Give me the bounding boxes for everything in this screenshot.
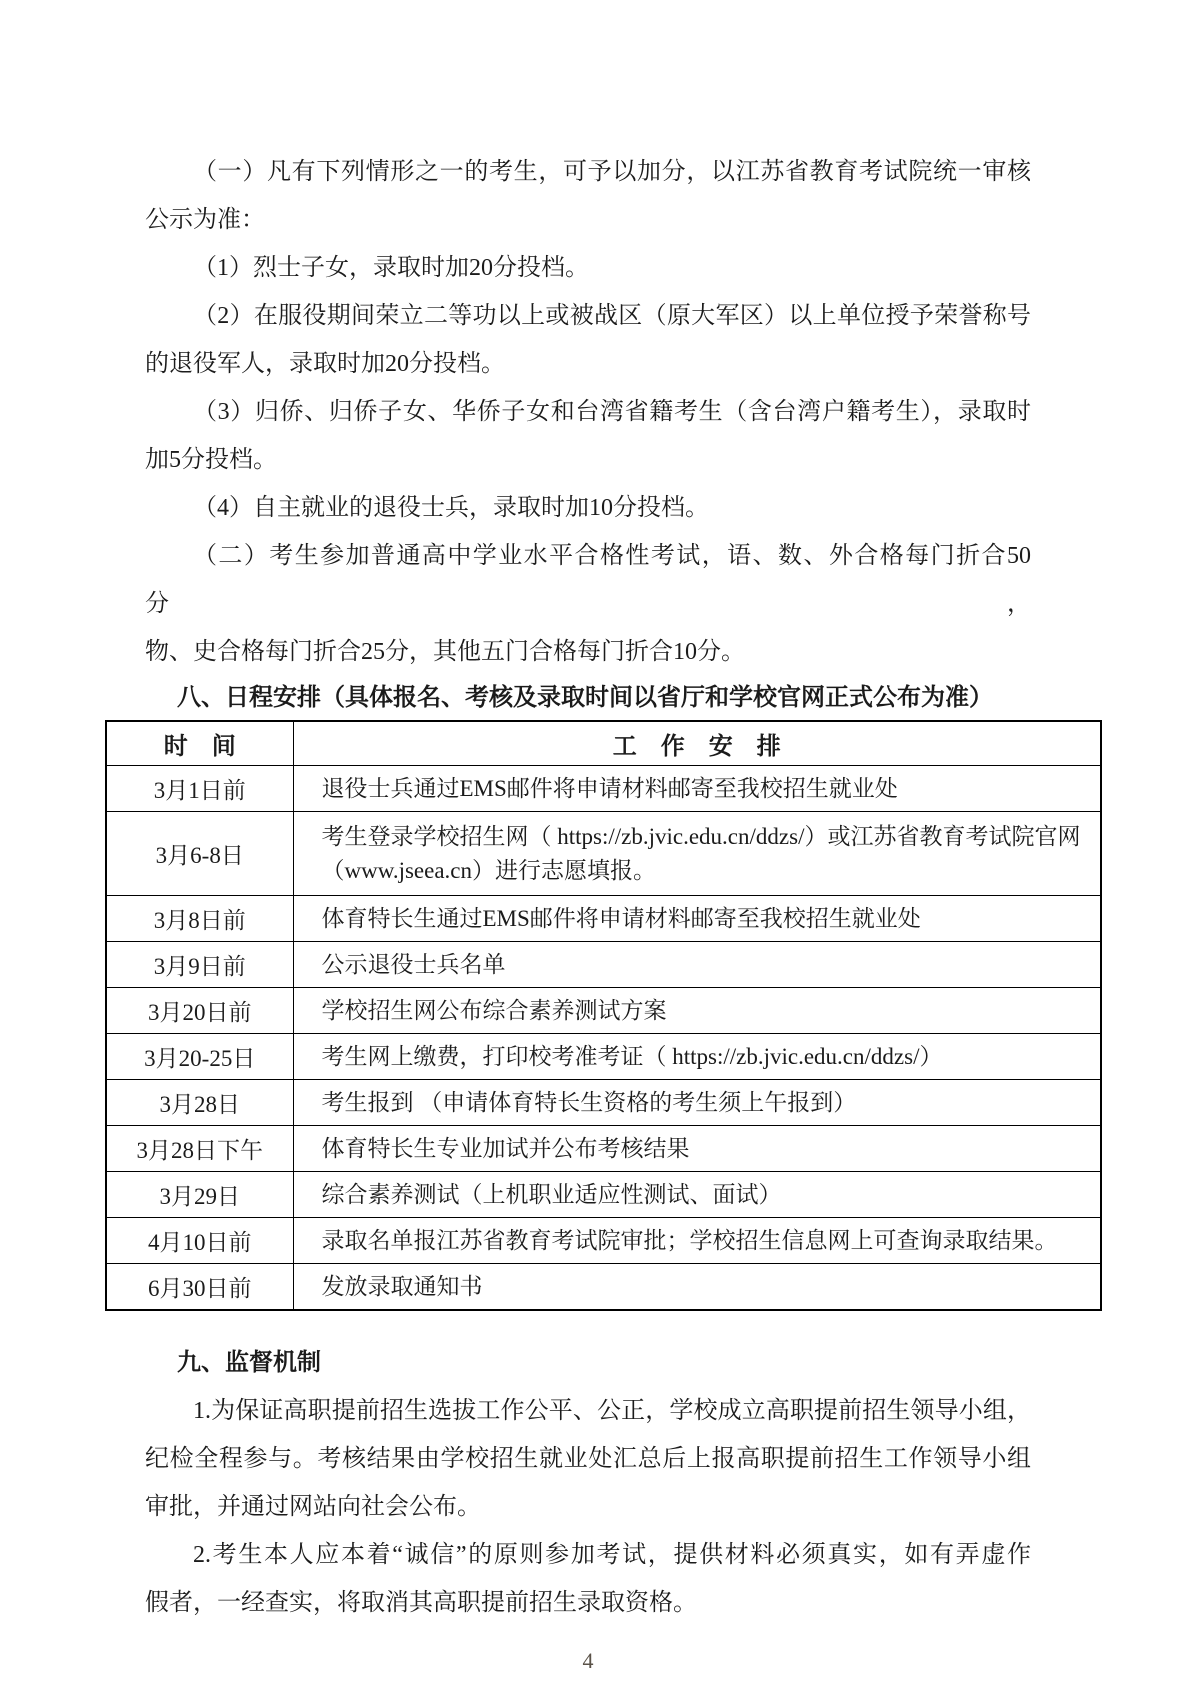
table-header-row: 时 间 工 作 安 排 [106, 721, 1101, 766]
paragraph-line: （1）烈士子女，录取时加20分投档。 [145, 244, 1031, 292]
time-cell: 3月28日 [106, 1080, 293, 1126]
page-content: （一）凡有下列情形之一的考生，可予以加分，以江苏省教育考试院统一审核 公示为准：… [0, 0, 1191, 1683]
table-row: 6月30日前 发放录取通知书 [106, 1264, 1101, 1311]
bonus-paragraph: （2）在服役期间荣立二等功以上或被战区（原大军区）以上单位授予荣誉称号 的退役军… [145, 292, 1031, 388]
supervision-heading: 九、监督机制 [177, 1339, 1031, 1387]
paragraph-line: 2.考生本人应本着“诚信”的原则参加考试，提供材料必须真实，如有弄虚作 [145, 1531, 1031, 1579]
column-header-time: 时 间 [106, 721, 293, 766]
task-cell: 综合素养测试（上机职业适应性测试、面试） [293, 1172, 1101, 1218]
paragraph-line: 的退役军人，录取时加20分投档。 [145, 340, 1031, 388]
schedule-heading: 八、日程安排（具体报名、考核及录取时间以省厅和学校官网正式公布为准） [177, 676, 1031, 720]
time-cell: 3月29日 [106, 1172, 293, 1218]
time-cell: 4月10日前 [106, 1218, 293, 1264]
table-row: 3月29日 综合素养测试（上机职业适应性测试、面试） [106, 1172, 1101, 1218]
document-page: { "paragraphs": [ {"lines": [ "（一）凡有下列情形… [0, 0, 1191, 1684]
task-cell: 考生网上缴费，打印校考准考证（ https://zb.jvic.edu.cn/d… [293, 1034, 1101, 1080]
paragraph-line: 纪检全程参与。考核结果由学校招生就业处汇总后上报高职提前招生工作领导小组 [145, 1435, 1031, 1483]
table-row: 3月28日 考生报到 （申请体育特长生资格的考生须上午报到） [106, 1080, 1101, 1126]
table-row: 3月6-8日 考生登录学校招生网（ https://zb.jvic.edu.cn… [106, 812, 1101, 896]
task-cell: 发放录取通知书 [293, 1264, 1101, 1311]
bonus-paragraph: （一）凡有下列情形之一的考生，可予以加分，以江苏省教育考试院统一审核 公示为准： [145, 148, 1031, 244]
paragraph-line: （3）归侨、归侨子女、华侨子女和台湾省籍考生（含台湾户籍考生），录取时 [145, 388, 1031, 436]
time-cell: 3月9日前 [106, 942, 293, 988]
paragraph-line: （二）考生参加普通高中学业水平合格性考试，语、数、外合格每门折合50分， [145, 532, 1031, 628]
time-cell: 6月30日前 [106, 1264, 293, 1311]
paragraph-line: 假者，一经查实，将取消其高职提前招生录取资格。 [145, 1579, 1031, 1627]
table-row: 3月20日前 学校招生网公布综合素养测试方案 [106, 988, 1101, 1034]
bonus-paragraph: （3）归侨、归侨子女、华侨子女和台湾省籍考生（含台湾户籍考生），录取时 加5分投… [145, 388, 1031, 484]
task-cell: 学校招生网公布综合素养测试方案 [293, 988, 1101, 1034]
task-cell: 录取名单报江苏省教育考试院审批；学校招生信息网上可查询录取结果。 [293, 1218, 1101, 1264]
table-row: 4月10日前 录取名单报江苏省教育考试院审批；学校招生信息网上可查询录取结果。 [106, 1218, 1101, 1264]
task-cell: 考生报到 （申请体育特长生资格的考生须上午报到） [293, 1080, 1101, 1126]
paragraph-line: （4）自主就业的退役士兵，录取时加10分投档。 [145, 484, 1031, 532]
table-row: 3月8日前 体育特长生通过EMS邮件将申请材料邮寄至我校招生就业处 [106, 896, 1101, 942]
time-cell: 3月6-8日 [106, 812, 293, 896]
time-cell: 3月1日前 [106, 766, 293, 812]
supervision-paragraph: 2.考生本人应本着“诚信”的原则参加考试，提供材料必须真实，如有弄虚作 假者，一… [145, 1531, 1031, 1627]
task-cell: 退役士兵通过EMS邮件将申请材料邮寄至我校招生就业处 [293, 766, 1101, 812]
paragraph-line: 审批，并通过网站向社会公布。 [145, 1483, 1031, 1531]
table-row: 3月20-25日 考生网上缴费，打印校考准考证（ https://zb.jvic… [106, 1034, 1101, 1080]
page-number: 4 [145, 1639, 1031, 1683]
bonus-paragraph: （4）自主就业的退役士兵，录取时加10分投档。 [145, 484, 1031, 532]
paragraph-line: 1.为保证高职提前招生选拔工作公平、公正，学校成立高职提前招生领导小组， [145, 1387, 1031, 1435]
task-cell: 体育特长生专业加试并公布考核结果 [293, 1126, 1101, 1172]
time-cell: 3月8日前 [106, 896, 293, 942]
task-cell: 体育特长生通过EMS邮件将申请材料邮寄至我校招生就业处 [293, 896, 1101, 942]
paragraph-line: 物、史合格每门折合25分，其他五门合格每门折合10分。 [145, 628, 1031, 676]
task-cell: 公示退役士兵名单 [293, 942, 1101, 988]
schedule-table: 时 间 工 作 安 排 3月1日前 退役士兵通过EMS邮件将申请材料邮寄至我校招… [105, 720, 1102, 1311]
supervision-paragraph: 1.为保证高职提前招生选拔工作公平、公正，学校成立高职提前招生领导小组， 纪检全… [145, 1387, 1031, 1531]
paragraph-line: （一）凡有下列情形之一的考生，可予以加分，以江苏省教育考试院统一审核 [145, 148, 1031, 196]
column-header-task: 工 作 安 排 [293, 721, 1101, 766]
table-row: 3月28日下午 体育特长生专业加试并公布考核结果 [106, 1126, 1101, 1172]
time-cell: 3月20-25日 [106, 1034, 293, 1080]
paragraph-line: 公示为准： [145, 196, 1031, 244]
bonus-paragraph: （二）考生参加普通高中学业水平合格性考试，语、数、外合格每门折合50分， 物、史… [145, 532, 1031, 676]
paragraph-line: 加5分投档。 [145, 436, 1031, 484]
time-cell: 3月28日下午 [106, 1126, 293, 1172]
bonus-paragraph: （1）烈士子女，录取时加20分投档。 [145, 244, 1031, 292]
table-row: 3月1日前 退役士兵通过EMS邮件将申请材料邮寄至我校招生就业处 [106, 766, 1101, 812]
task-cell: 考生登录学校招生网（ https://zb.jvic.edu.cn/ddzs/）… [293, 812, 1101, 896]
paragraph-line: （2）在服役期间荣立二等功以上或被战区（原大军区）以上单位授予荣誉称号 [145, 292, 1031, 340]
table-row: 3月9日前 公示退役士兵名单 [106, 942, 1101, 988]
time-cell: 3月20日前 [106, 988, 293, 1034]
